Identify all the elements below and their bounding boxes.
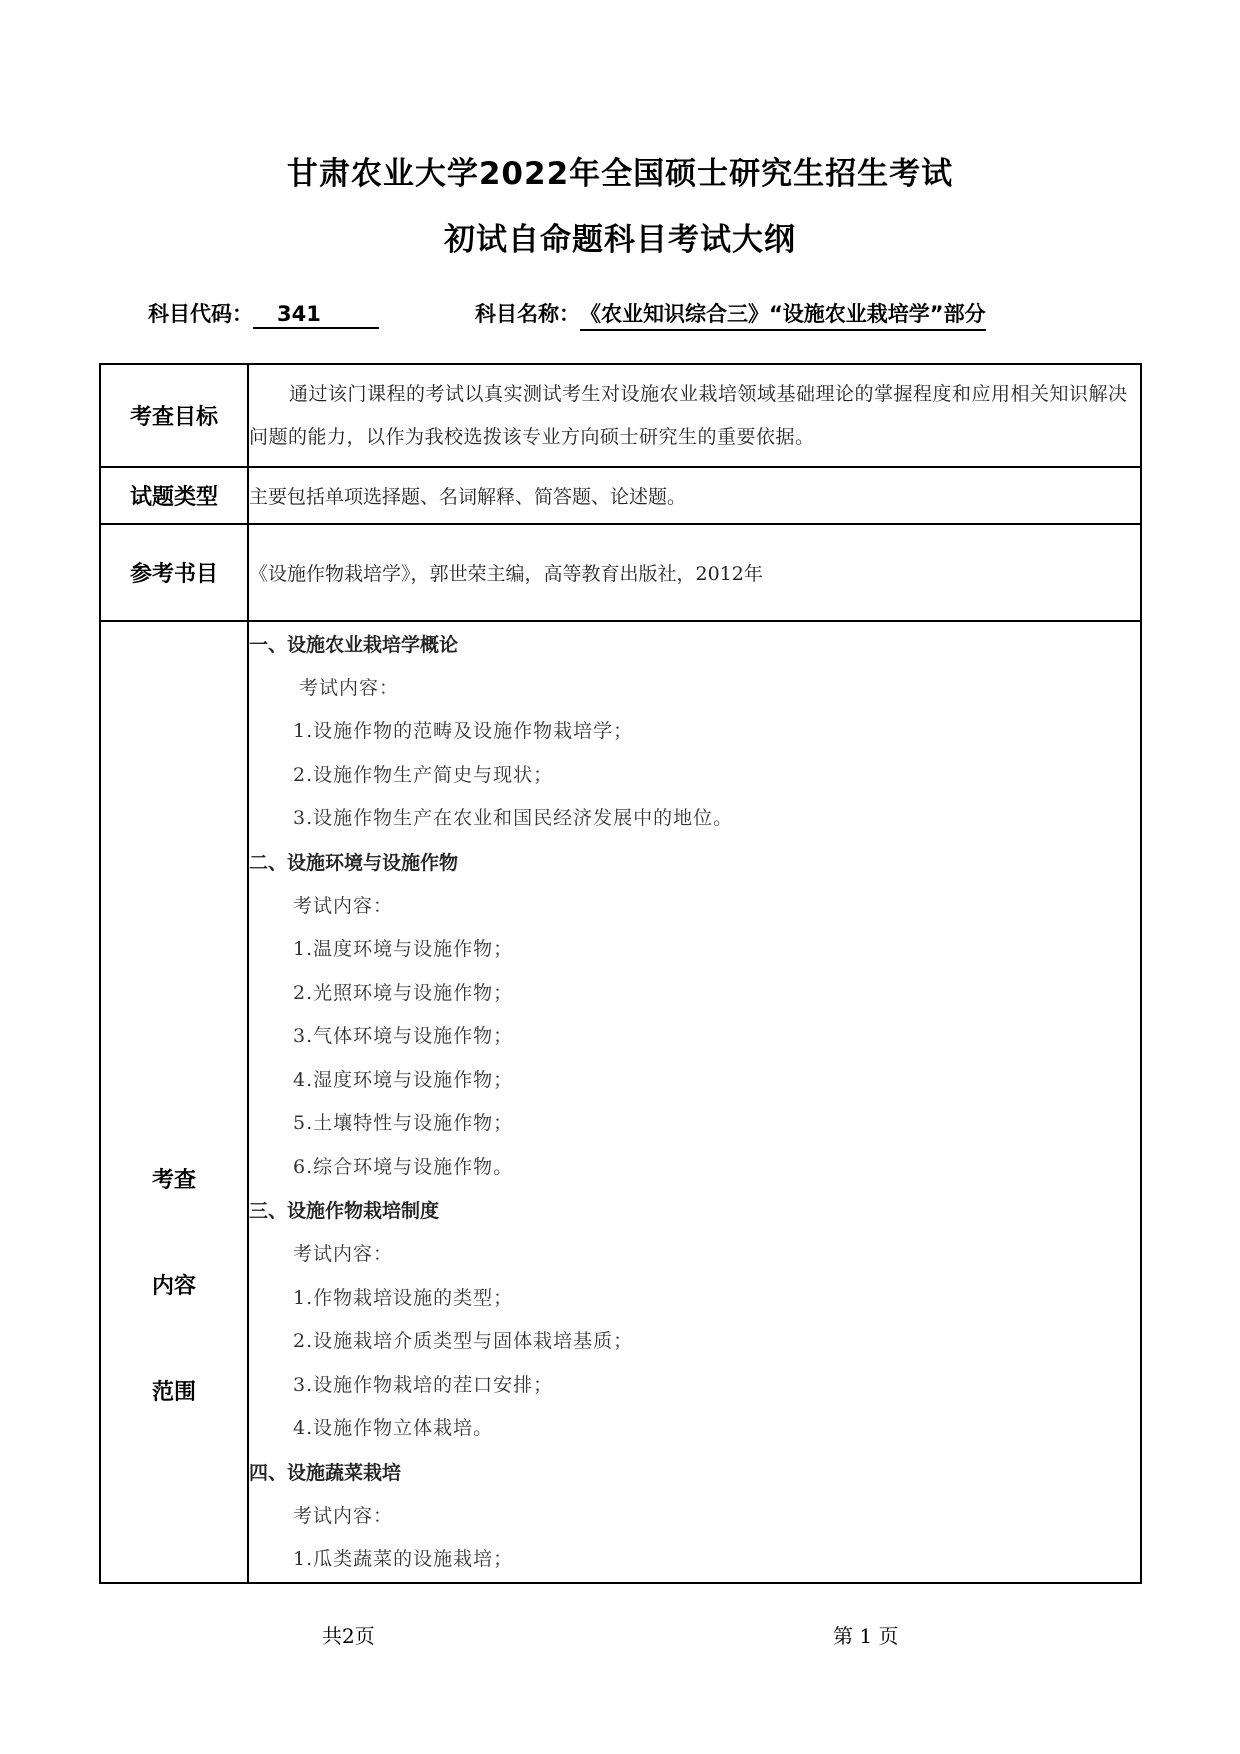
list-item: 3.设施作物栽培的茬口安排； [249, 1364, 1140, 1408]
section-4: 四、设施蔬菜栽培 考试内容： 1.瓜类蔬菜的设施栽培； [249, 1451, 1140, 1582]
subject-code-label: 科目代码： [148, 302, 253, 326]
scope-label-part: 范围 [101, 1375, 247, 1406]
page-total: 共2页 [322, 1620, 375, 1649]
section-subheading: 考试内容： [249, 667, 1140, 711]
document-title: 甘肃农业大学2022年全国硕士研究生招生考试 [0, 148, 1240, 193]
reference-label: 参考书目 [100, 524, 248, 621]
table-row-scope: 考查 内容 范围 一、设施农业栽培学概论 考试内容： 1.设施作物的范畴及设施作… [100, 621, 1141, 1583]
section-subheading: 考试内容： [249, 1233, 1140, 1277]
scope-label-part: 内容 [101, 1269, 247, 1300]
question-types-label: 试题类型 [100, 467, 248, 524]
table-row-question-types: 试题类型 主要包括单项选择题、名词解释、简答题、论述题。 [100, 467, 1141, 524]
reference-text: 《设施作物栽培学》，郭世荣主编，高等教育出版社，2012年 [248, 524, 1141, 621]
list-item: 3.气体环境与设施作物； [249, 1015, 1140, 1059]
scope-label-part: 考查 [101, 1163, 247, 1194]
scope-content: 一、设施农业栽培学概论 考试内容： 1.设施作物的范畴及设施作物栽培学； 2.设… [248, 621, 1141, 1583]
subject-name-label: 科目名称： [475, 302, 580, 326]
goal-text: 通过该门课程的考试以真实测试考生对设施农业栽培领域基础理论的掌握程度和应用相关知… [249, 373, 1140, 459]
section-1: 一、设施农业栽培学概论 考试内容： 1.设施作物的范畴及设施作物栽培学； 2.设… [249, 623, 1140, 841]
list-item: 1.作物栽培设施的类型； [249, 1277, 1140, 1321]
question-types-text: 主要包括单项选择题、名词解释、简答题、论述题。 [248, 467, 1141, 524]
list-item: 2.光照环境与设施作物； [249, 972, 1140, 1016]
list-item: 2.设施栽培介质类型与固体栽培基质； [249, 1320, 1140, 1364]
section-title: 二、设施环境与设施作物 [249, 841, 1140, 885]
subject-name-value: 《农业知识综合三》“设施农业栽培学”部分 [580, 298, 986, 331]
goal-label: 考查目标 [100, 364, 248, 467]
list-item: 4.湿度环境与设施作物； [249, 1059, 1140, 1103]
scope-label: 考查 内容 范围 [100, 621, 248, 1583]
list-item: 1.温度环境与设施作物； [249, 928, 1140, 972]
list-item: 4.设施作物立体栽培。 [249, 1407, 1140, 1451]
document-subtitle: 初试自命题科目考试大纲 [0, 214, 1240, 259]
section-3: 三、设施作物栽培制度 考试内容： 1.作物栽培设施的类型； 2.设施栽培介质类型… [249, 1189, 1140, 1451]
section-title: 一、设施农业栽培学概论 [249, 623, 1140, 667]
list-item: 3.设施作物生产在农业和国民经济发展中的地位。 [249, 797, 1140, 841]
subject-code-value: 341 [253, 302, 379, 329]
section-2: 二、设施环境与设施作物 考试内容： 1.温度环境与设施作物； 2.光照环境与设施… [249, 841, 1140, 1190]
list-item: 1.设施作物的范畴及设施作物栽培学； [249, 710, 1140, 754]
list-item: 1.瓜类蔬菜的设施栽培； [249, 1538, 1140, 1582]
syllabus-table: 考查目标 通过该门课程的考试以真实测试考生对设施农业栽培领域基础理论的掌握程度和… [99, 363, 1142, 1584]
section-title: 三、设施作物栽培制度 [249, 1189, 1140, 1233]
page-number: 第 1 页 [833, 1620, 898, 1649]
table-row-goal: 考查目标 通过该门课程的考试以真实测试考生对设施农业栽培领域基础理论的掌握程度和… [100, 364, 1141, 467]
section-subheading: 考试内容： [249, 885, 1140, 929]
subject-name: 科目名称：《农业知识综合三》“设施农业栽培学”部分 [475, 298, 986, 332]
subject-code: 科目代码：341 [148, 298, 379, 332]
section-subheading: 考试内容： [249, 1495, 1140, 1539]
list-item: 6.综合环境与设施作物。 [249, 1146, 1140, 1190]
list-item: 5.土壤特性与设施作物； [249, 1102, 1140, 1146]
list-item: 2.设施作物生产简史与现状； [249, 754, 1140, 798]
goal-cell: 通过该门课程的考试以真实测试考生对设施农业栽培领域基础理论的掌握程度和应用相关知… [248, 364, 1141, 467]
table-row-reference: 参考书目 《设施作物栽培学》，郭世荣主编，高等教育出版社，2012年 [100, 524, 1141, 621]
section-title: 四、设施蔬菜栽培 [249, 1451, 1140, 1495]
